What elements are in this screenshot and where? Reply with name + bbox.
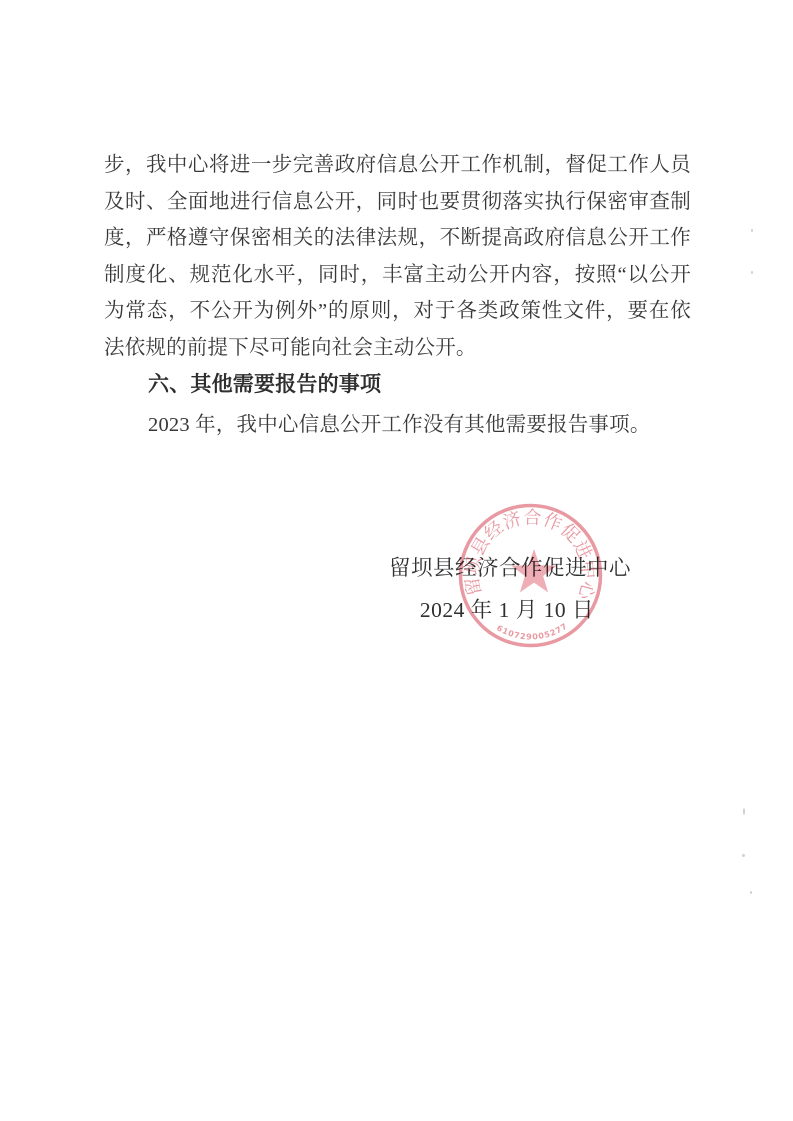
scan-speck xyxy=(750,891,752,894)
report-text-block: 步，我中心将进一步完善政府信息公开工作机制，督促工作人员 及时、全面地进行信息公… xyxy=(104,147,691,444)
body-line: 及时、全面地进行信息公开，同时也要贯彻落实执行保密审查制 xyxy=(104,184,691,221)
body-line: 步，我中心将进一步完善政府信息公开工作机制，督促工作人员 xyxy=(104,147,691,184)
official-seal: 留坝县经济合作促进中心 6107290052777 xyxy=(456,499,605,652)
body-line: 为常态，不公开为例外”的原则，对于各类政策性文件，要在依 xyxy=(104,293,691,330)
scan-speck xyxy=(742,854,745,857)
body-line: 度，严格遵守保密相关的法律法规，不断提高政府信息公开工作 xyxy=(104,220,691,257)
seal-star-icon xyxy=(511,549,557,592)
scan-speck xyxy=(743,808,745,815)
scan-speck xyxy=(751,271,753,274)
closing-line: 2023 年，我中心信息公开工作没有其他需要报告事项。 xyxy=(104,407,691,444)
document-page: 步，我中心将进一步完善政府信息公开工作机制，督促工作人员 及时、全面地进行信息公… xyxy=(0,0,793,1121)
seal-arc-label: 留坝县经济合作促进中心 xyxy=(462,507,599,603)
section-heading: 六、其他需要报告的事项 xyxy=(104,367,691,404)
body-line: 法依规的前提下尽可能向社会主动公开。 xyxy=(104,330,691,367)
body-line: 制度化、规范化水平，同时，丰富主动公开内容，按照“以公开 xyxy=(104,257,691,294)
scan-speck xyxy=(751,229,753,232)
